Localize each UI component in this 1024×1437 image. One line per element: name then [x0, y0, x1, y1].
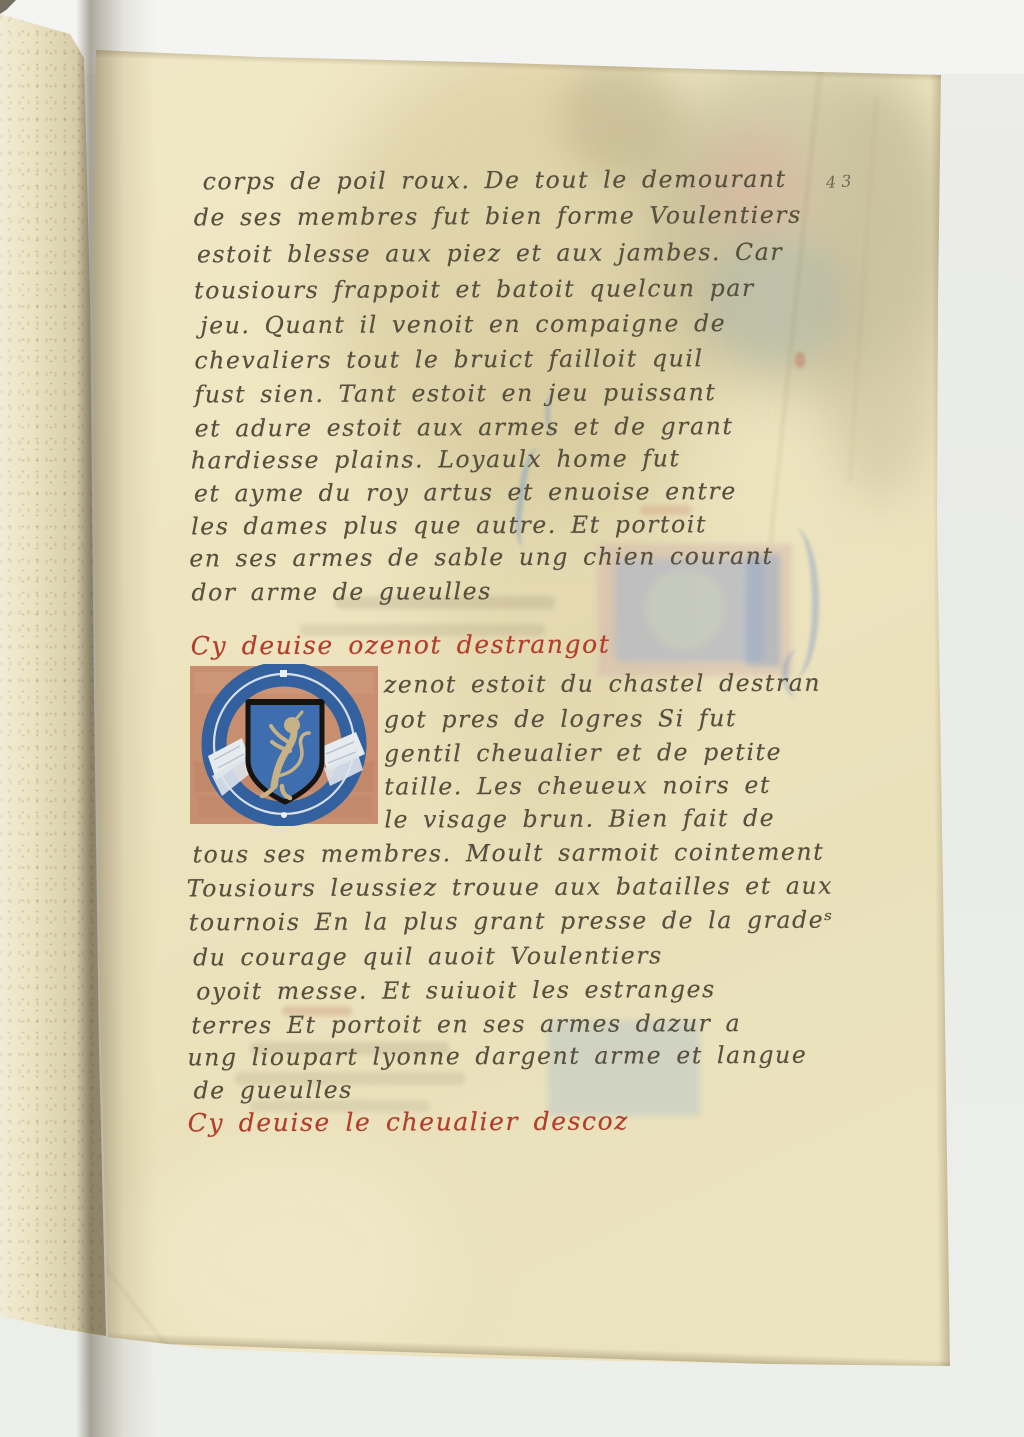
rubric-line: Cy deuise ozenot destrangot — [191, 631, 611, 660]
text-line: de gueulles — [194, 1078, 353, 1105]
text-line: terres Et portoit en ses armes dazur a — [191, 1011, 741, 1039]
text-line: chevaliers tout le bruict failloit quil — [194, 346, 703, 374]
heraldic-shield — [247, 699, 323, 802]
illuminated-initial-O — [188, 664, 380, 826]
text-line: zenot estoit du chastel destran — [384, 671, 821, 699]
rubric-line: Cy deuise le cheualier descoz — [188, 1107, 629, 1136]
text-line: tousiours frappoit et batoit quelcun par — [194, 276, 755, 304]
text-line: estoit blesse aux piez et aux jambes. Ca… — [197, 240, 783, 268]
text-line: et adure estoit aux armes et de grant — [195, 414, 734, 442]
text-line: jeu. Quant il venoit en compaigne de — [200, 311, 726, 339]
text-line: corps de poil roux. De tout le demourant — [203, 167, 787, 195]
text-line: fust sien. Tant estoit en jeu puissant — [195, 380, 717, 408]
gutter-shadow — [76, 0, 156, 1437]
text-line: gentil cheualier et de petite — [384, 740, 782, 768]
text-line: hardiesse plains. Loyaulx home fut — [191, 446, 681, 474]
text-line: en ses armes de sable ung chien courant — [189, 544, 773, 572]
text-line: taille. Les cheueux noirs et — [384, 773, 771, 801]
text-line: de ses membres fut bien forme Voulentier… — [194, 203, 802, 231]
text-line: oyoit messe. Et suiuoit les estranges — [196, 977, 716, 1005]
text-line: Tousiours leussiez trouue aux batailles … — [187, 874, 833, 903]
text-line: le visage brun. Bien fait de — [384, 806, 775, 834]
text-line: dor arme de gueulles — [191, 579, 492, 606]
text-line: tous ses membres. Moult sarmoit cointeme… — [193, 840, 825, 869]
text-line: ung lioupart lyonne dargent arme et lang… — [187, 1043, 807, 1072]
text-line: got pres de logres Si fut — [384, 706, 737, 733]
text-line: les dames plus que autre. Et portoit — [191, 512, 707, 540]
text-line: et ayme du roy artus et enuoise entre — [194, 479, 737, 507]
text-line: tournois En la plus grant presse de la g… — [189, 908, 834, 937]
text-line: du courage quil auoit Voulentiers — [193, 943, 663, 971]
